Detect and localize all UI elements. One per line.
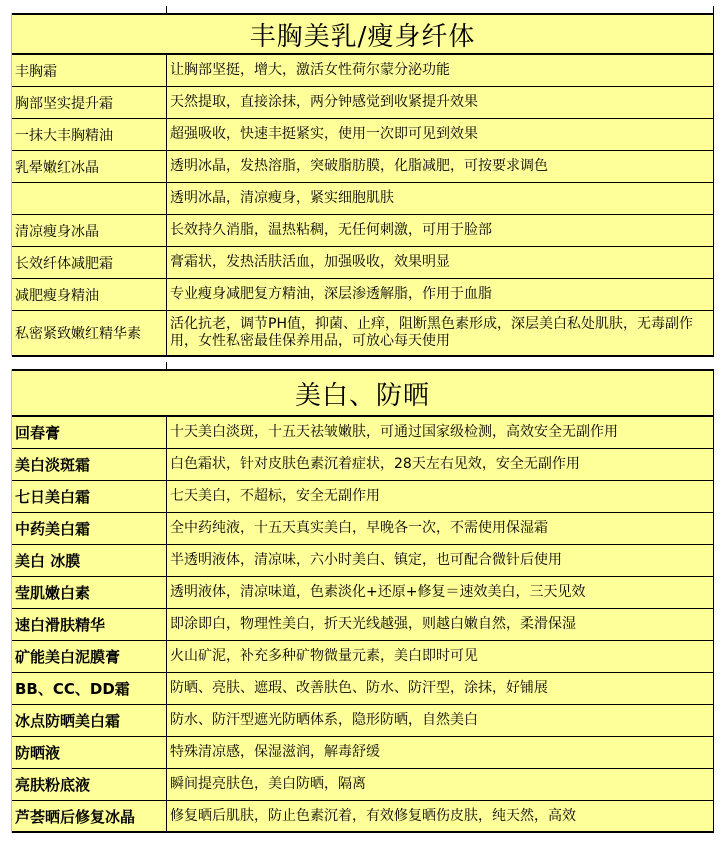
- table-row: 七日美白霜 七天美白，不超标，安全无副作用: [12, 481, 714, 513]
- product-name[interactable]: 美白 冰膜: [12, 545, 167, 576]
- table-row: 减肥瘦身精油 专业瘦身减肥复方精油，深层渗透解脂，作用于血脂: [12, 279, 714, 311]
- table-row: 透明冰晶，清凉瘦身，紧实细胞肌肤: [12, 183, 714, 215]
- table-row: 速白滑肤精华 即涂即白，物理性美白，折天光线越强，则越白嫩自然，柔滑保湿: [12, 609, 714, 641]
- product-description[interactable]: 防晒、亮肤、遮瑕、改善肤色、防水、防汗型，涂抹，好铺展: [167, 673, 713, 704]
- product-description[interactable]: 透明液体，清凉味道，色素淡化+还原+修复＝速效美白，三天见效: [167, 577, 713, 608]
- product-name[interactable]: 美白淡斑霜: [12, 449, 167, 480]
- table-row: 回春膏 十天美白淡斑，十五天祛皱嫩肤，可通过国家级检测，高效安全无副作用: [12, 417, 714, 449]
- product-description[interactable]: 透明冰晶，发热溶脂，突破脂肪膜，化脂减肥，可按要求调色: [167, 151, 713, 182]
- product-description[interactable]: 十天美白淡斑，十五天祛皱嫩肤，可通过国家级检测，高效安全无副作用: [167, 417, 713, 448]
- product-description[interactable]: 让胸部坚挺，增大，激活女性荷尔蒙分泌功能: [167, 55, 713, 86]
- table-row: BB、CC、DD霜 防晒、亮肤、遮瑕、改善肤色、防水、防汗型，涂抹，好铺展: [12, 673, 714, 705]
- product-description[interactable]: 防水、防汗型遮光防晒体系，隐形防晒，自然美白: [167, 705, 713, 736]
- product-name[interactable]: 冰点防晒美白霜: [12, 705, 167, 736]
- product-description[interactable]: 火山矿泥，补充多种矿物微量元素，美白即时可见: [167, 641, 713, 672]
- table-row: 胸部坚实提升霜 天然提取，直接涂抹，两分钟感觉到收紧提升效果: [12, 87, 714, 119]
- product-name[interactable]: BB、CC、DD霜: [12, 673, 167, 704]
- table-row: 长效纤体减肥霜 膏霜状，发热活肤活血，加强吸收，效果明显: [12, 247, 714, 279]
- product-name[interactable]: 芦荟晒后修复冰晶: [12, 801, 167, 831]
- product-name[interactable]: 防晒液: [12, 737, 167, 768]
- table-row: 亮肤粉底液 瞬间提亮肤色，美白防晒，隔离: [12, 769, 714, 801]
- product-description[interactable]: 长效持久消脂，温热粘稠，无任何刺激，可用于脸部: [167, 215, 713, 246]
- product-name[interactable]: 减肥瘦身精油: [12, 279, 167, 310]
- product-description[interactable]: 瞬间提亮肤色，美白防晒，隔离: [167, 769, 713, 800]
- product-description[interactable]: 天然提取，直接涂抹，两分钟感觉到收紧提升效果: [167, 87, 713, 118]
- product-name[interactable]: 七日美白霜: [12, 481, 167, 512]
- product-name[interactable]: [12, 183, 167, 214]
- product-name[interactable]: 一抹大丰胸精油: [12, 119, 167, 150]
- product-name[interactable]: 中药美白霜: [12, 513, 167, 544]
- table-row: 冰点防晒美白霜 防水、防汗型遮光防晒体系，隐形防晒，自然美白: [12, 705, 714, 737]
- section-whitening-sunscreen: 美白、防晒 回春膏 十天美白淡斑，十五天祛皱嫩肤，可通过国家级检测，高效安全无副…: [12, 369, 714, 833]
- product-name[interactable]: 矿能美白泥膜膏: [12, 641, 167, 672]
- table-row: 丰胸霜 让胸部坚挺，增大，激活女性荷尔蒙分泌功能: [12, 55, 714, 87]
- section-breast-slimming: 丰胸美乳/瘦身纤体 丰胸霜 让胸部坚挺，增大，激活女性荷尔蒙分泌功能 胸部坚实提…: [12, 13, 714, 357]
- section-title: 丰胸美乳/瘦身纤体: [250, 16, 476, 53]
- product-description[interactable]: 活化抗老，调节PH值，抑菌、止痒，阻断黑色素形成，深层美白私处肌肤，无毒副作用，…: [167, 311, 713, 355]
- product-description[interactable]: 专业瘦身减肥复方精油，深层渗透解脂，作用于血脂: [167, 279, 713, 310]
- product-description[interactable]: 膏霜状，发热活肤活血，加强吸收，效果明显: [167, 247, 713, 278]
- product-description[interactable]: 超强吸收，快速丰挺紧实，使用一次即可见到效果: [167, 119, 713, 150]
- product-name[interactable]: 私密紧致嫩红精华素: [12, 311, 167, 355]
- product-name[interactable]: 胸部坚实提升霜: [12, 87, 167, 118]
- table-row: 芦荟晒后修复冰晶 修复晒后肌肤，防止色素沉着，有效修复晒伤皮肤，纯天然，高效: [12, 801, 714, 833]
- section-title-row: 美白、防晒: [12, 369, 714, 417]
- product-description[interactable]: 修复晒后肌肤，防止色素沉着，有效修复晒伤皮肤，纯天然，高效: [167, 801, 713, 831]
- table-row: 中药美白霜 全中药纯液，十五天真实美白，早晚各一次，不需使用保湿霜: [12, 513, 714, 545]
- product-name[interactable]: 清凉瘦身冰晶: [12, 215, 167, 246]
- table-row: 清凉瘦身冰晶 长效持久消脂，温热粘稠，无任何刺激，可用于脸部: [12, 215, 714, 247]
- product-description[interactable]: 七天美白，不超标，安全无副作用: [167, 481, 713, 512]
- table-row: 莹肌嫩白素 透明液体，清凉味道，色素淡化+还原+修复＝速效美白，三天见效: [12, 577, 714, 609]
- product-name[interactable]: 长效纤体减肥霜: [12, 247, 167, 278]
- product-name[interactable]: 丰胸霜: [12, 55, 167, 86]
- product-name[interactable]: 乳晕嫩红冰晶: [12, 151, 167, 182]
- product-name[interactable]: 速白滑肤精华: [12, 609, 167, 640]
- product-description[interactable]: 白色霜状，针对皮肤色素沉着症状，28天左右见效，安全无副作用: [167, 449, 713, 480]
- product-name[interactable]: 回春膏: [12, 417, 167, 448]
- table-row: 乳晕嫩红冰晶 透明冰晶，发热溶脂，突破脂肪膜，化脂减肥，可按要求调色: [12, 151, 714, 183]
- table-row: 美白淡斑霜 白色霜状，针对皮肤色素沉着症状，28天左右见效，安全无副作用: [12, 449, 714, 481]
- table-row: 矿能美白泥膜膏 火山矿泥，补充多种矿物微量元素，美白即时可见: [12, 641, 714, 673]
- table-row: 私密紧致嫩红精华素 活化抗老，调节PH值，抑菌、止痒，阻断黑色素形成，深层美白私…: [12, 311, 714, 357]
- table-row: 一抹大丰胸精油 超强吸收，快速丰挺紧实，使用一次即可见到效果: [12, 119, 714, 151]
- product-name[interactable]: 亮肤粉底液: [12, 769, 167, 800]
- product-description[interactable]: 透明冰晶，清凉瘦身，紧实细胞肌肤: [167, 183, 713, 214]
- table-row: 防晒液 特殊清凉感，保湿滋润，解毒舒缓: [12, 737, 714, 769]
- section-title: 美白、防晒: [295, 375, 430, 412]
- product-description[interactable]: 即涂即白，物理性美白，折天光线越强，则越白嫩自然，柔滑保湿: [167, 609, 713, 640]
- table-row: 美白 冰膜 半透明液体，清凉味，六小时美白、镇定，也可配合微针后使用: [12, 545, 714, 577]
- product-description[interactable]: 特殊清凉感，保湿滋润，解毒舒缓: [167, 737, 713, 768]
- product-description[interactable]: 全中药纯液，十五天真实美白，早晚各一次，不需使用保湿霜: [167, 513, 713, 544]
- section-title-row: 丰胸美乳/瘦身纤体: [12, 13, 714, 55]
- product-name[interactable]: 莹肌嫩白素: [12, 577, 167, 608]
- product-description[interactable]: 半透明液体，清凉味，六小时美白、镇定，也可配合微针后使用: [167, 545, 713, 576]
